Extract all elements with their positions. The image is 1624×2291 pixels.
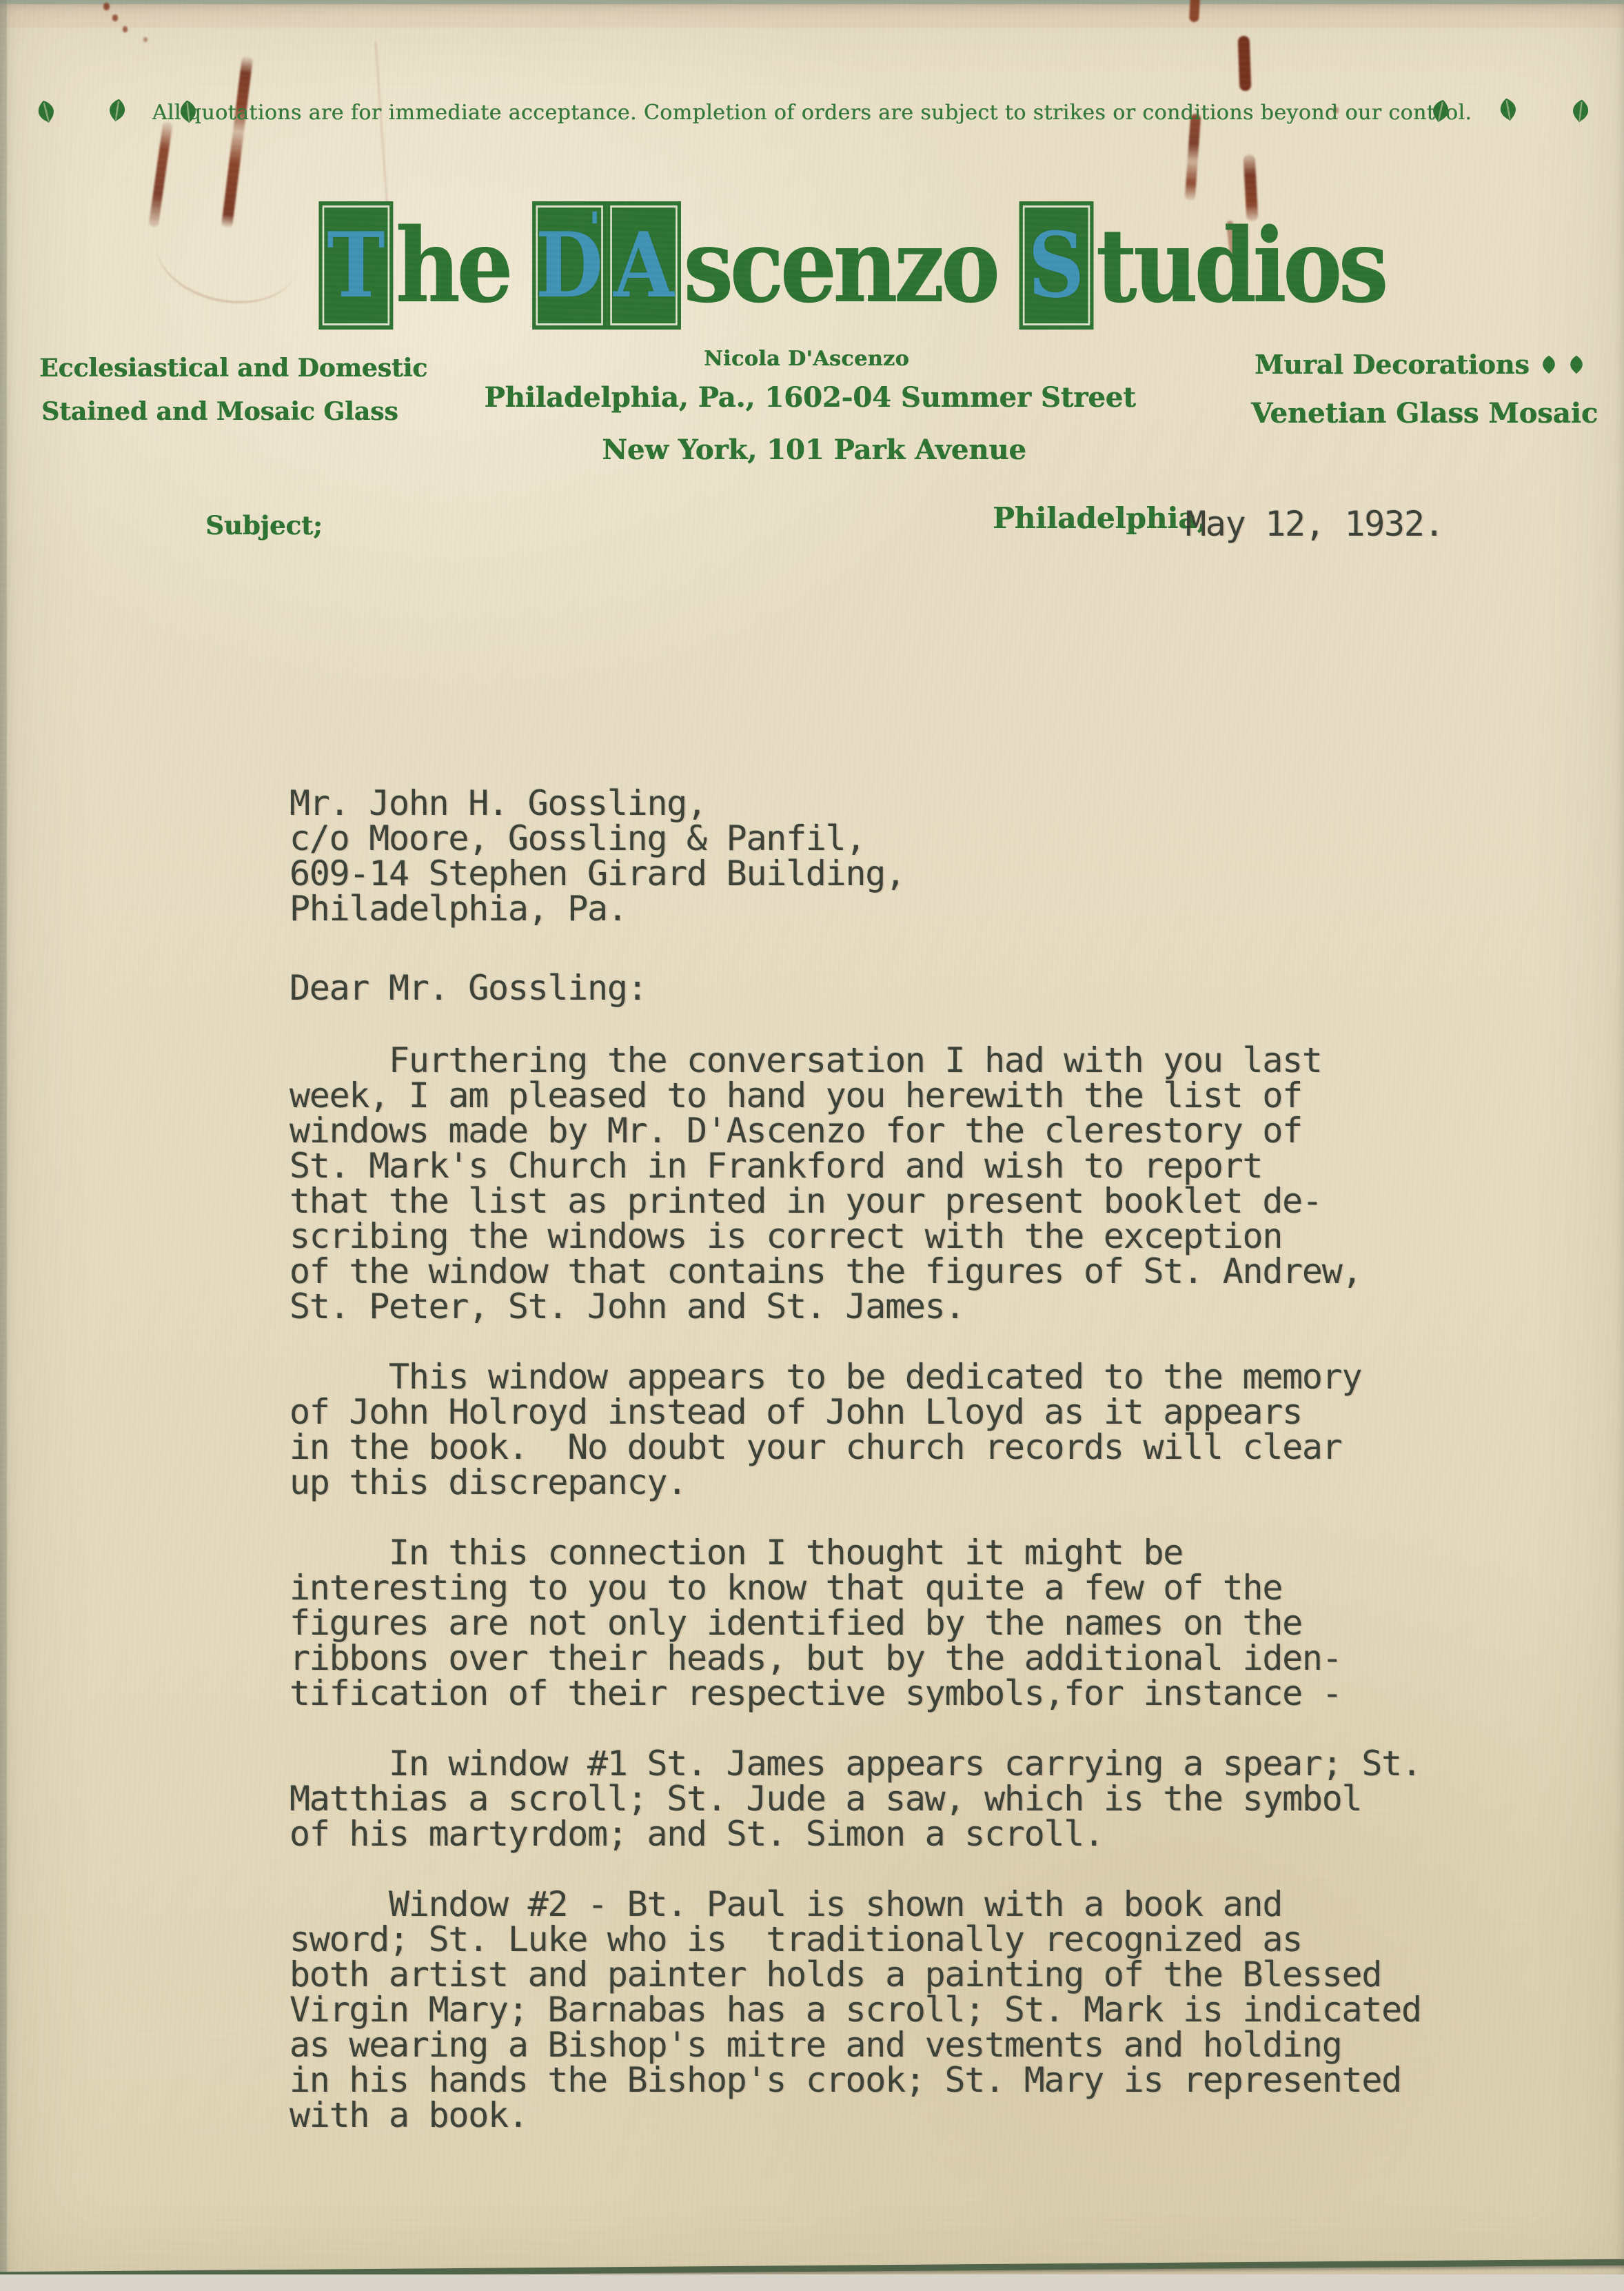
stain-mark [123, 26, 128, 32]
dateline-date: May 12, 1932. [1186, 504, 1443, 544]
leaf-icon [176, 98, 200, 126]
logo-apostrophe: ' [589, 208, 600, 250]
stain-mark [112, 14, 118, 21]
logo-initial-box-A: A [607, 201, 681, 330]
stain-mark [143, 37, 148, 42]
paragraph-4: In window #1 St. James appears carrying … [290, 1746, 1421, 1852]
logo-run-scenzo: scenzo [683, 201, 996, 330]
stain-streak [1189, 0, 1200, 22]
scan-top-blush [0, 4, 1624, 28]
stain-streak [1185, 114, 1201, 201]
logo-run-tudios: tudios [1096, 201, 1385, 330]
subject-label: Subject; [205, 510, 323, 541]
quotation-notice: All quotations are for immediate accepta… [0, 101, 1624, 125]
stain-mark [103, 3, 110, 10]
stain-streak [148, 121, 172, 228]
logo-initial-box-T: T [318, 201, 393, 330]
paragraph-2: This window appears to be dedicated to t… [290, 1360, 1421, 1500]
paragraph-5: Window #2 - Bt. Paul is shown with a boo… [290, 1887, 1421, 2133]
paragraph-1: Furthering the conversation I had with y… [290, 1043, 1421, 1324]
stain-streak [1238, 36, 1252, 92]
paragraph-3: In this connection I thought it might be… [290, 1535, 1421, 1711]
recipient-address: Mr. John H. Gossling, c/o Moore, Gosslin… [290, 786, 1421, 927]
letterhead-left-line-1: Ecclesiastical and Domestic [39, 354, 427, 383]
letterhead-address-philadelphia: Philadelphia, Pa., 1602-04 Summer Street [484, 381, 1135, 414]
studio-logo: T he D ' A scenzo S tudios [318, 201, 1390, 330]
letterhead-right-line-1: Mural Decorations [1255, 349, 1585, 380]
letter-body: Mr. John H. Gossling, c/o Moore, Gosslin… [290, 786, 1421, 2168]
proprietor-name: Nicola D'Ascenzo [704, 347, 909, 371]
logo-gap [1002, 201, 1019, 330]
letterhead-address-newyork: New York, 101 Park Avenue [602, 434, 1026, 466]
logo-gap [516, 201, 532, 330]
logo-run-he: he [396, 201, 509, 330]
letterhead-left-line-2: Stained and Mosaic Glass [41, 397, 398, 426]
dateline-city: Philadelphia, [993, 501, 1207, 535]
logo-initial-box-D: D ' [532, 201, 607, 330]
stain-arc [146, 190, 308, 316]
leaf-icon [1569, 97, 1592, 125]
scan-left-edge [0, 0, 7, 2291]
leaf-icon [1541, 350, 1557, 371]
leaf-icon [1568, 350, 1585, 371]
leaf-icon [105, 96, 130, 125]
salutation: Dear Mr. Gossling: [290, 971, 1421, 1006]
letter-page: All quotations are for immediate accepta… [0, 0, 1624, 2291]
scan-background [0, 2274, 1624, 2291]
leaf-icon [1496, 95, 1521, 125]
letterhead-right-line-2: Venetian Glass Mosaic [1251, 397, 1598, 430]
logo-initial-box-S: S [1019, 201, 1093, 330]
